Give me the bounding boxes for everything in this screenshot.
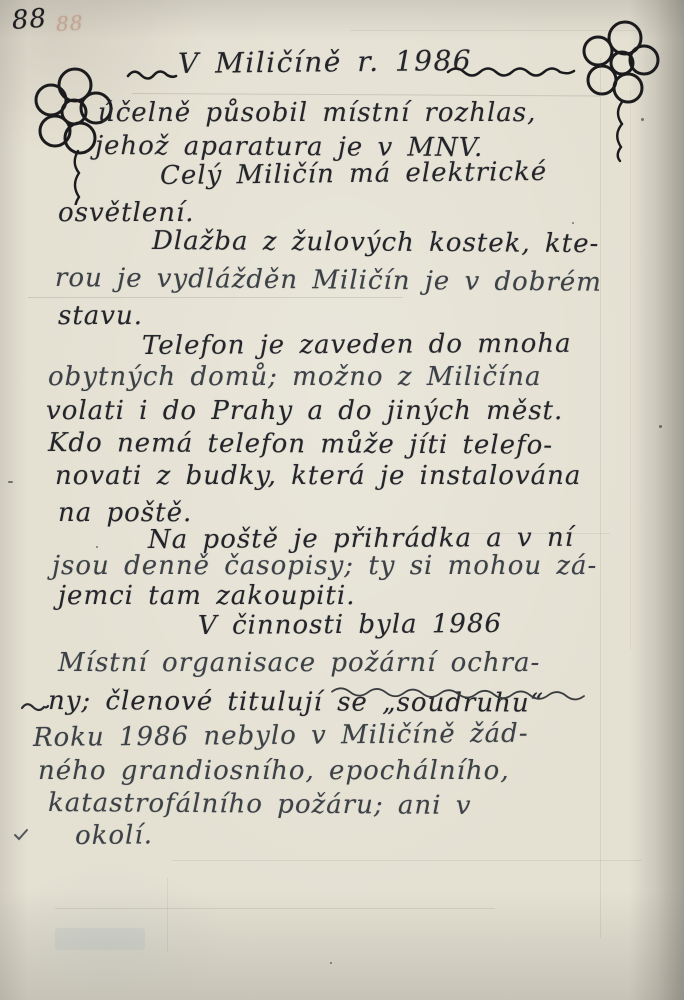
ink-speck <box>572 222 574 224</box>
pencil-guide-line <box>350 30 640 31</box>
pencil-guide-line <box>28 297 403 298</box>
handwritten-line: stavu. <box>58 303 143 329</box>
ink-speck <box>330 962 332 964</box>
pencil-guide-line <box>172 860 642 861</box>
handwritten-line: Celý Miličín má elektrické <box>160 159 547 189</box>
handwritten-line: novati z budky, která je instalována <box>55 463 581 489</box>
heading-squiggle-left <box>126 66 178 82</box>
pencil-margin-line <box>167 878 168 952</box>
ink-speck <box>659 425 662 428</box>
margin-tick-mark <box>13 828 29 842</box>
handwritten-line: katastrofálního požáru; ani v <box>48 790 472 819</box>
handwritten-line: V činnosti byla 1986 <box>198 611 502 639</box>
handwritten-line: okolí. <box>75 822 153 849</box>
tilde-squiggle <box>20 699 50 713</box>
pencil-guide-line <box>55 908 495 909</box>
handwritten-line: jsou denně časopisy; ty si mohou zá- <box>52 553 597 579</box>
handwritten-line: volati i do Prahy a do jiných měst. <box>46 398 563 424</box>
page-number-ghost: 88 <box>55 13 83 34</box>
chronicle-page: 88 88 V Miličíně r. 1986 <box>0 0 684 1000</box>
ink-speck <box>8 481 13 483</box>
flower-doodle-right <box>570 16 665 166</box>
handwritten-line: obytných domů; možno z Miličína <box>48 364 541 390</box>
handwritten-line: osvětlení. <box>58 200 195 226</box>
handwritten-line: Dlažba z žulových kostek, kte- <box>152 228 600 257</box>
heading-wavy-line <box>446 62 576 80</box>
handwritten-line: na poště. <box>58 500 192 526</box>
page-number: 88 <box>11 6 48 34</box>
pencil-guide-line <box>330 533 610 534</box>
handwritten-line: Roku 1986 nebylo v Miličíně žád- <box>33 721 529 751</box>
ink-speck <box>641 118 644 121</box>
ink-speck <box>96 546 98 548</box>
handwritten-line: Na poště je přihrádka a v ní <box>148 525 574 553</box>
flower-doodle-left <box>28 55 120 205</box>
handwritten-line: ného grandiosního, epochálního, <box>38 758 510 784</box>
handwritten-line: Kdo nemá telefon může jíti telefo- <box>48 430 553 459</box>
handwritten-line: jehož aparatura je v MNV. <box>95 133 483 161</box>
handwritten-line: účelně působil místní rozhlas, <box>98 100 536 126</box>
handwritten-line: jemci tam zakoupiti. <box>58 583 355 609</box>
ink-speck <box>440 138 442 140</box>
handwritten-line: Místní organisace požární ochra- <box>58 650 540 676</box>
handwritten-line: Telefon je zaveden do mnoha <box>142 331 572 359</box>
pencil-margin-line <box>600 58 601 938</box>
paper-smudge <box>55 928 145 950</box>
pencil-guide-line <box>132 93 600 96</box>
handwritten-line: rou je vydlážděn Miličín je v dobrém <box>55 265 602 296</box>
pencil-margin-line <box>630 90 631 650</box>
page-heading: V Miličíně r. 1986 <box>178 47 472 78</box>
